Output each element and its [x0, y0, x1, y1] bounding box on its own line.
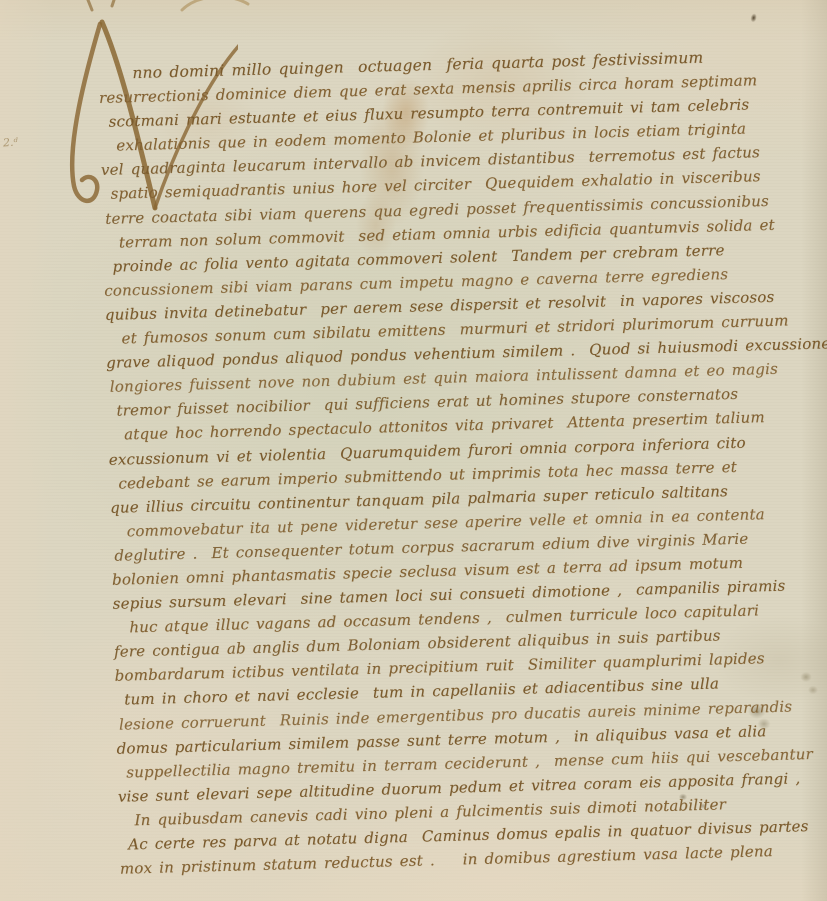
margin-note: 2.ᵈ — [3, 135, 19, 149]
ink-blot — [748, 11, 760, 26]
cutoff-stroke — [178, 0, 254, 15]
manuscript-text-block: nno domini millo quingen octuagen feria … — [98, 43, 826, 881]
manuscript-page: 2.ᵈ nno domini millo quingen octuagen fe… — [0, 0, 827, 901]
